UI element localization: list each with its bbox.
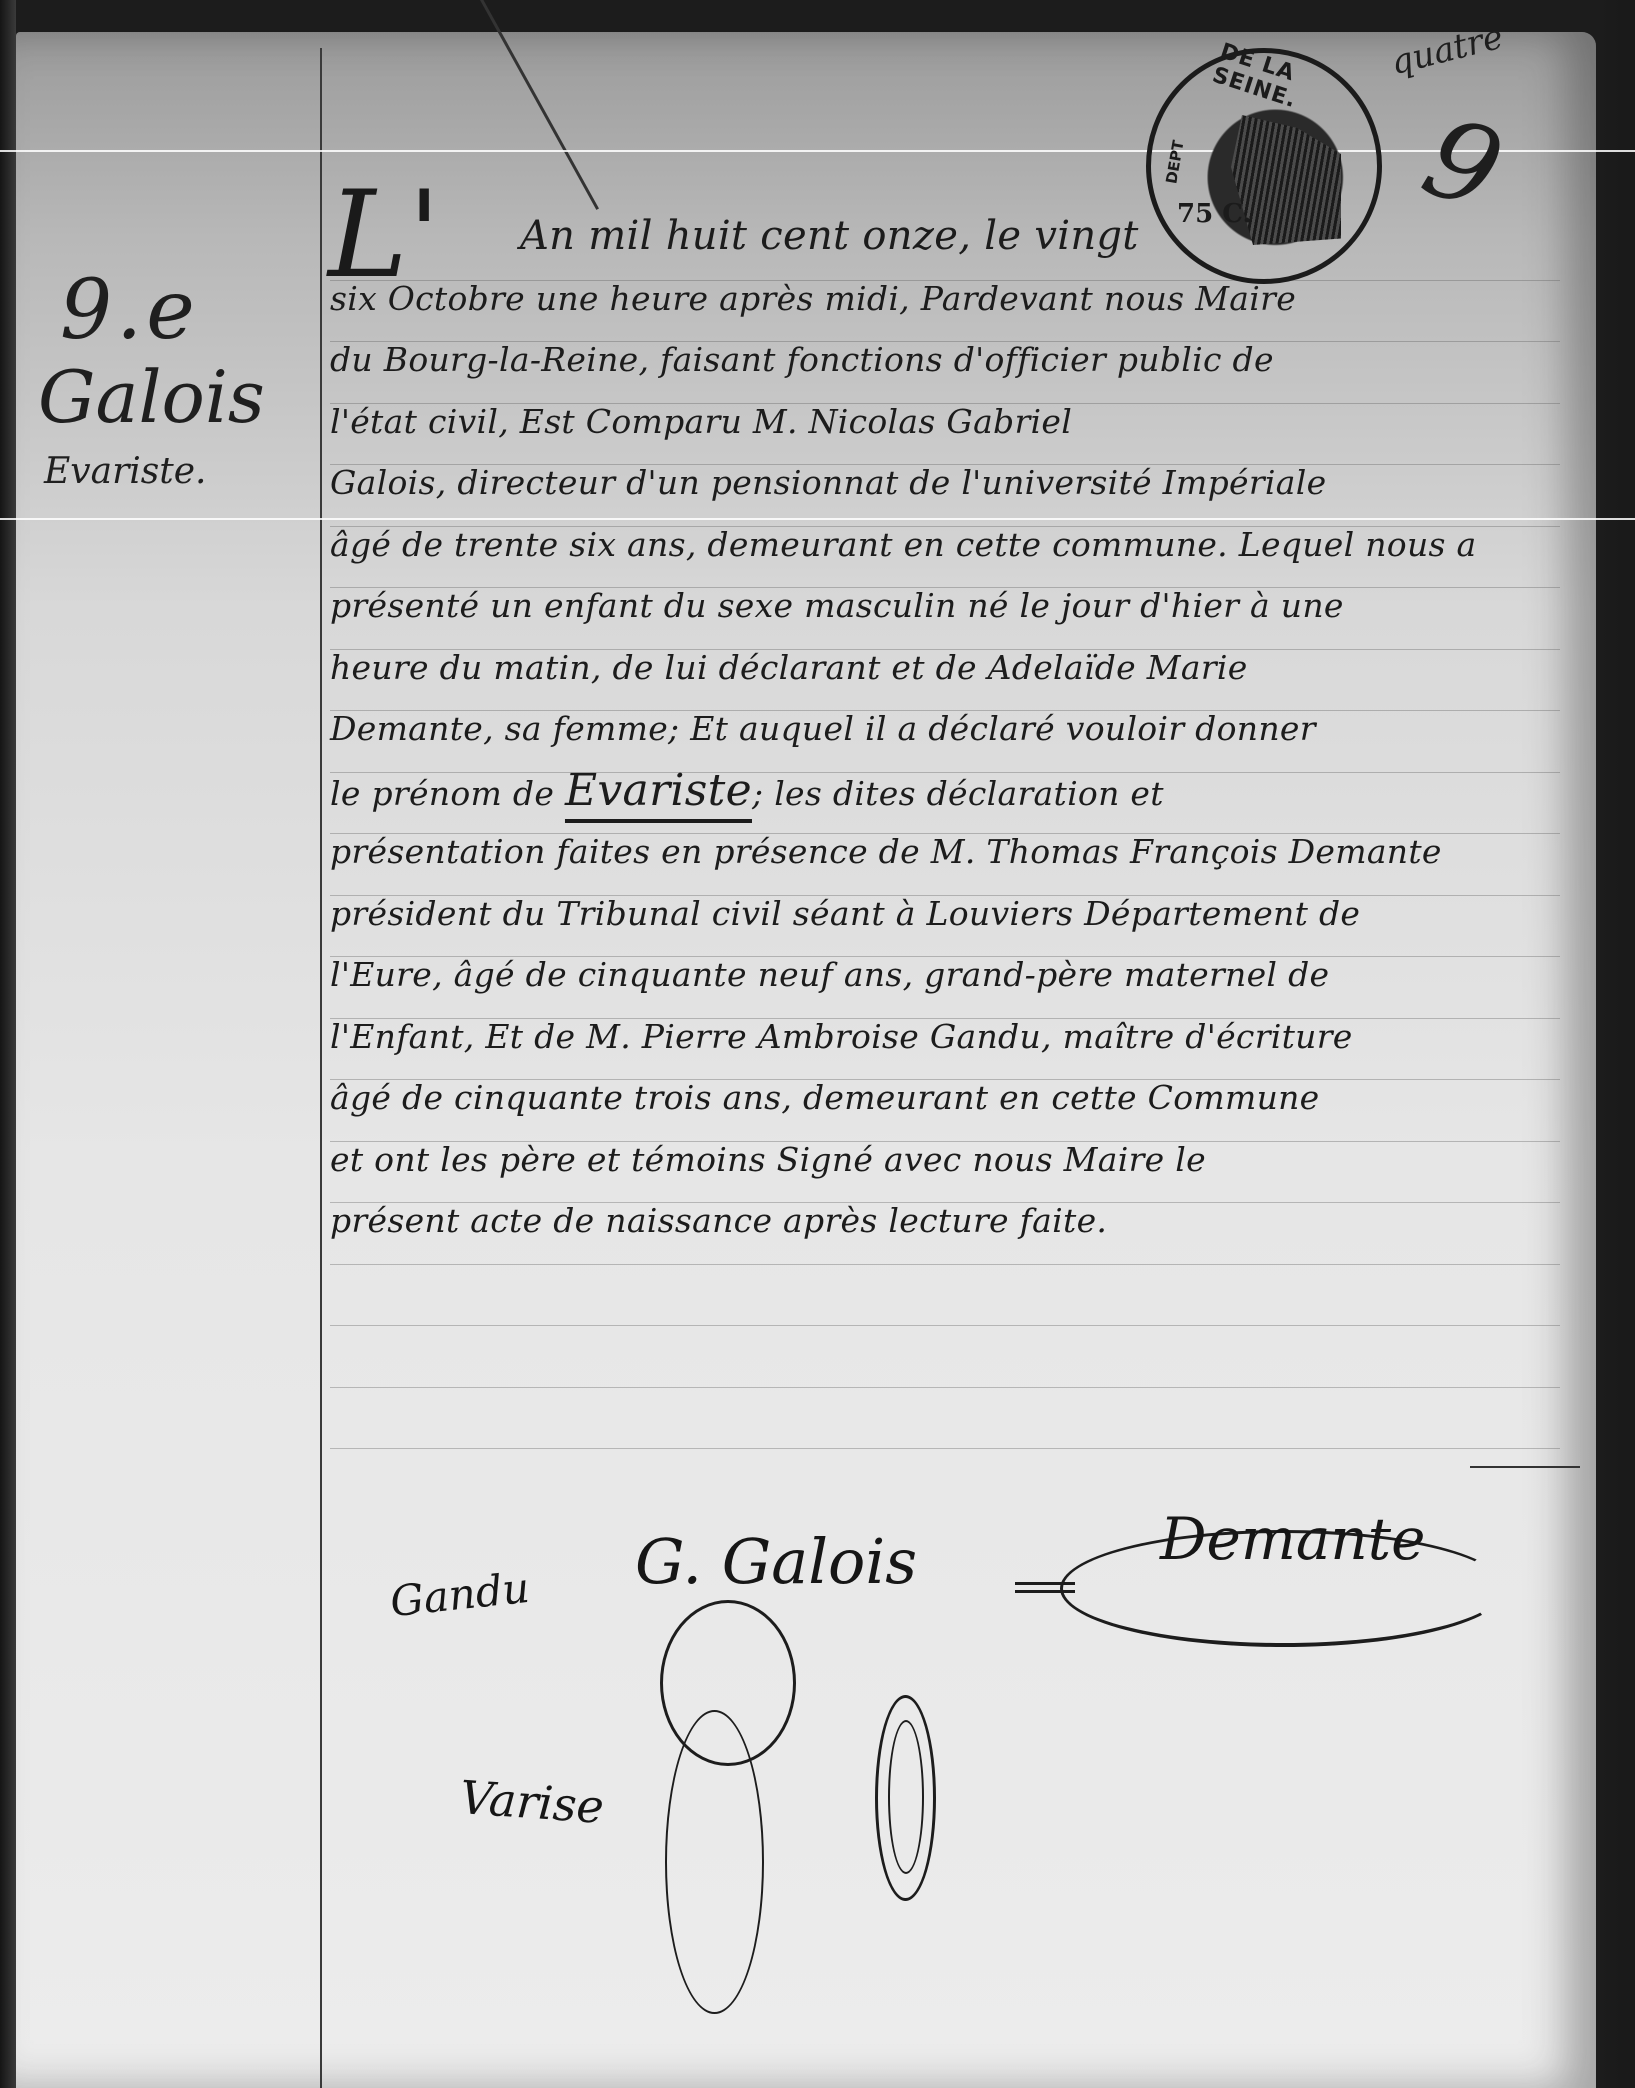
signature-demante: Demante bbox=[1160, 1505, 1425, 1573]
text-line: heure du matin, de lui déclarant et de A… bbox=[330, 637, 1580, 699]
signature-flourish bbox=[665, 1710, 764, 2014]
scan-crease-line bbox=[0, 150, 1635, 152]
text-line: l'état civil, Est Comparu M. Nicolas Gab… bbox=[330, 391, 1580, 453]
text-line: présenté un enfant du sexe masculin né l… bbox=[330, 575, 1580, 637]
signature-father-galois: G. Galois bbox=[635, 1525, 917, 1598]
page-edge-shadow-right bbox=[1595, 0, 1635, 2088]
ruled-line bbox=[330, 1264, 1560, 1265]
signature-mayor: Varise bbox=[458, 1770, 605, 1834]
text-line: présent acte de naissance après lecture … bbox=[330, 1190, 1580, 1252]
text-line: Galois, directeur d'un pensionnat de l'u… bbox=[330, 452, 1580, 514]
margin-annotation: 9.e Galois Evariste. bbox=[38, 270, 308, 492]
text-line: âgé de cinquante trois ans, demeurant en… bbox=[330, 1067, 1580, 1129]
text-line: six Octobre une heure après midi, Pardev… bbox=[330, 268, 1580, 330]
signature-separator bbox=[1015, 1582, 1075, 1593]
text-line: An mil huit cent onze, le vingt bbox=[330, 206, 1580, 268]
text-line: Demante, sa femme; Et auquel il a déclar… bbox=[330, 698, 1580, 760]
ruled-line bbox=[330, 1387, 1560, 1388]
text-line: l'Eure, âgé de cinquante neuf ans, grand… bbox=[330, 944, 1580, 1006]
text-line: président du Tribunal civil séant à Louv… bbox=[330, 883, 1580, 945]
signature-paraph bbox=[888, 1720, 924, 1874]
text-line: l'Enfant, Et de M. Pierre Ambroise Gandu… bbox=[330, 1006, 1580, 1068]
ruled-line bbox=[330, 1325, 1560, 1326]
child-name: Evariste bbox=[565, 765, 752, 816]
entry-number: 9.e bbox=[60, 270, 308, 352]
text-line: âgé de trente six ans, demeurant en cett… bbox=[330, 514, 1580, 576]
text-line: et ont les père et témoins Signé avec no… bbox=[330, 1129, 1580, 1191]
margin-rule-line bbox=[320, 48, 322, 2088]
act-body: L' An mil huit cent onze, le vingt six O… bbox=[330, 206, 1580, 1252]
text-line: présentation faites en présence de M. Th… bbox=[330, 821, 1580, 883]
text-segment: le prénom de bbox=[330, 774, 554, 813]
drop-cap: L' bbox=[328, 166, 441, 305]
margin-given-name: Evariste. bbox=[44, 451, 308, 492]
text-line-name: le prénom de Evariste; les dites déclara… bbox=[330, 760, 1580, 822]
margin-surname: Galois bbox=[38, 358, 308, 437]
text-segment: ; les dites déclaration et bbox=[752, 774, 1164, 813]
stamp-text-side: DEPT bbox=[1162, 139, 1187, 185]
binding-shadow-left bbox=[0, 0, 16, 2088]
closing-dash bbox=[1470, 1466, 1580, 1468]
text-line: du Bourg-la-Reine, faisant fonctions d'o… bbox=[330, 329, 1580, 391]
ruled-line bbox=[330, 1448, 1560, 1449]
